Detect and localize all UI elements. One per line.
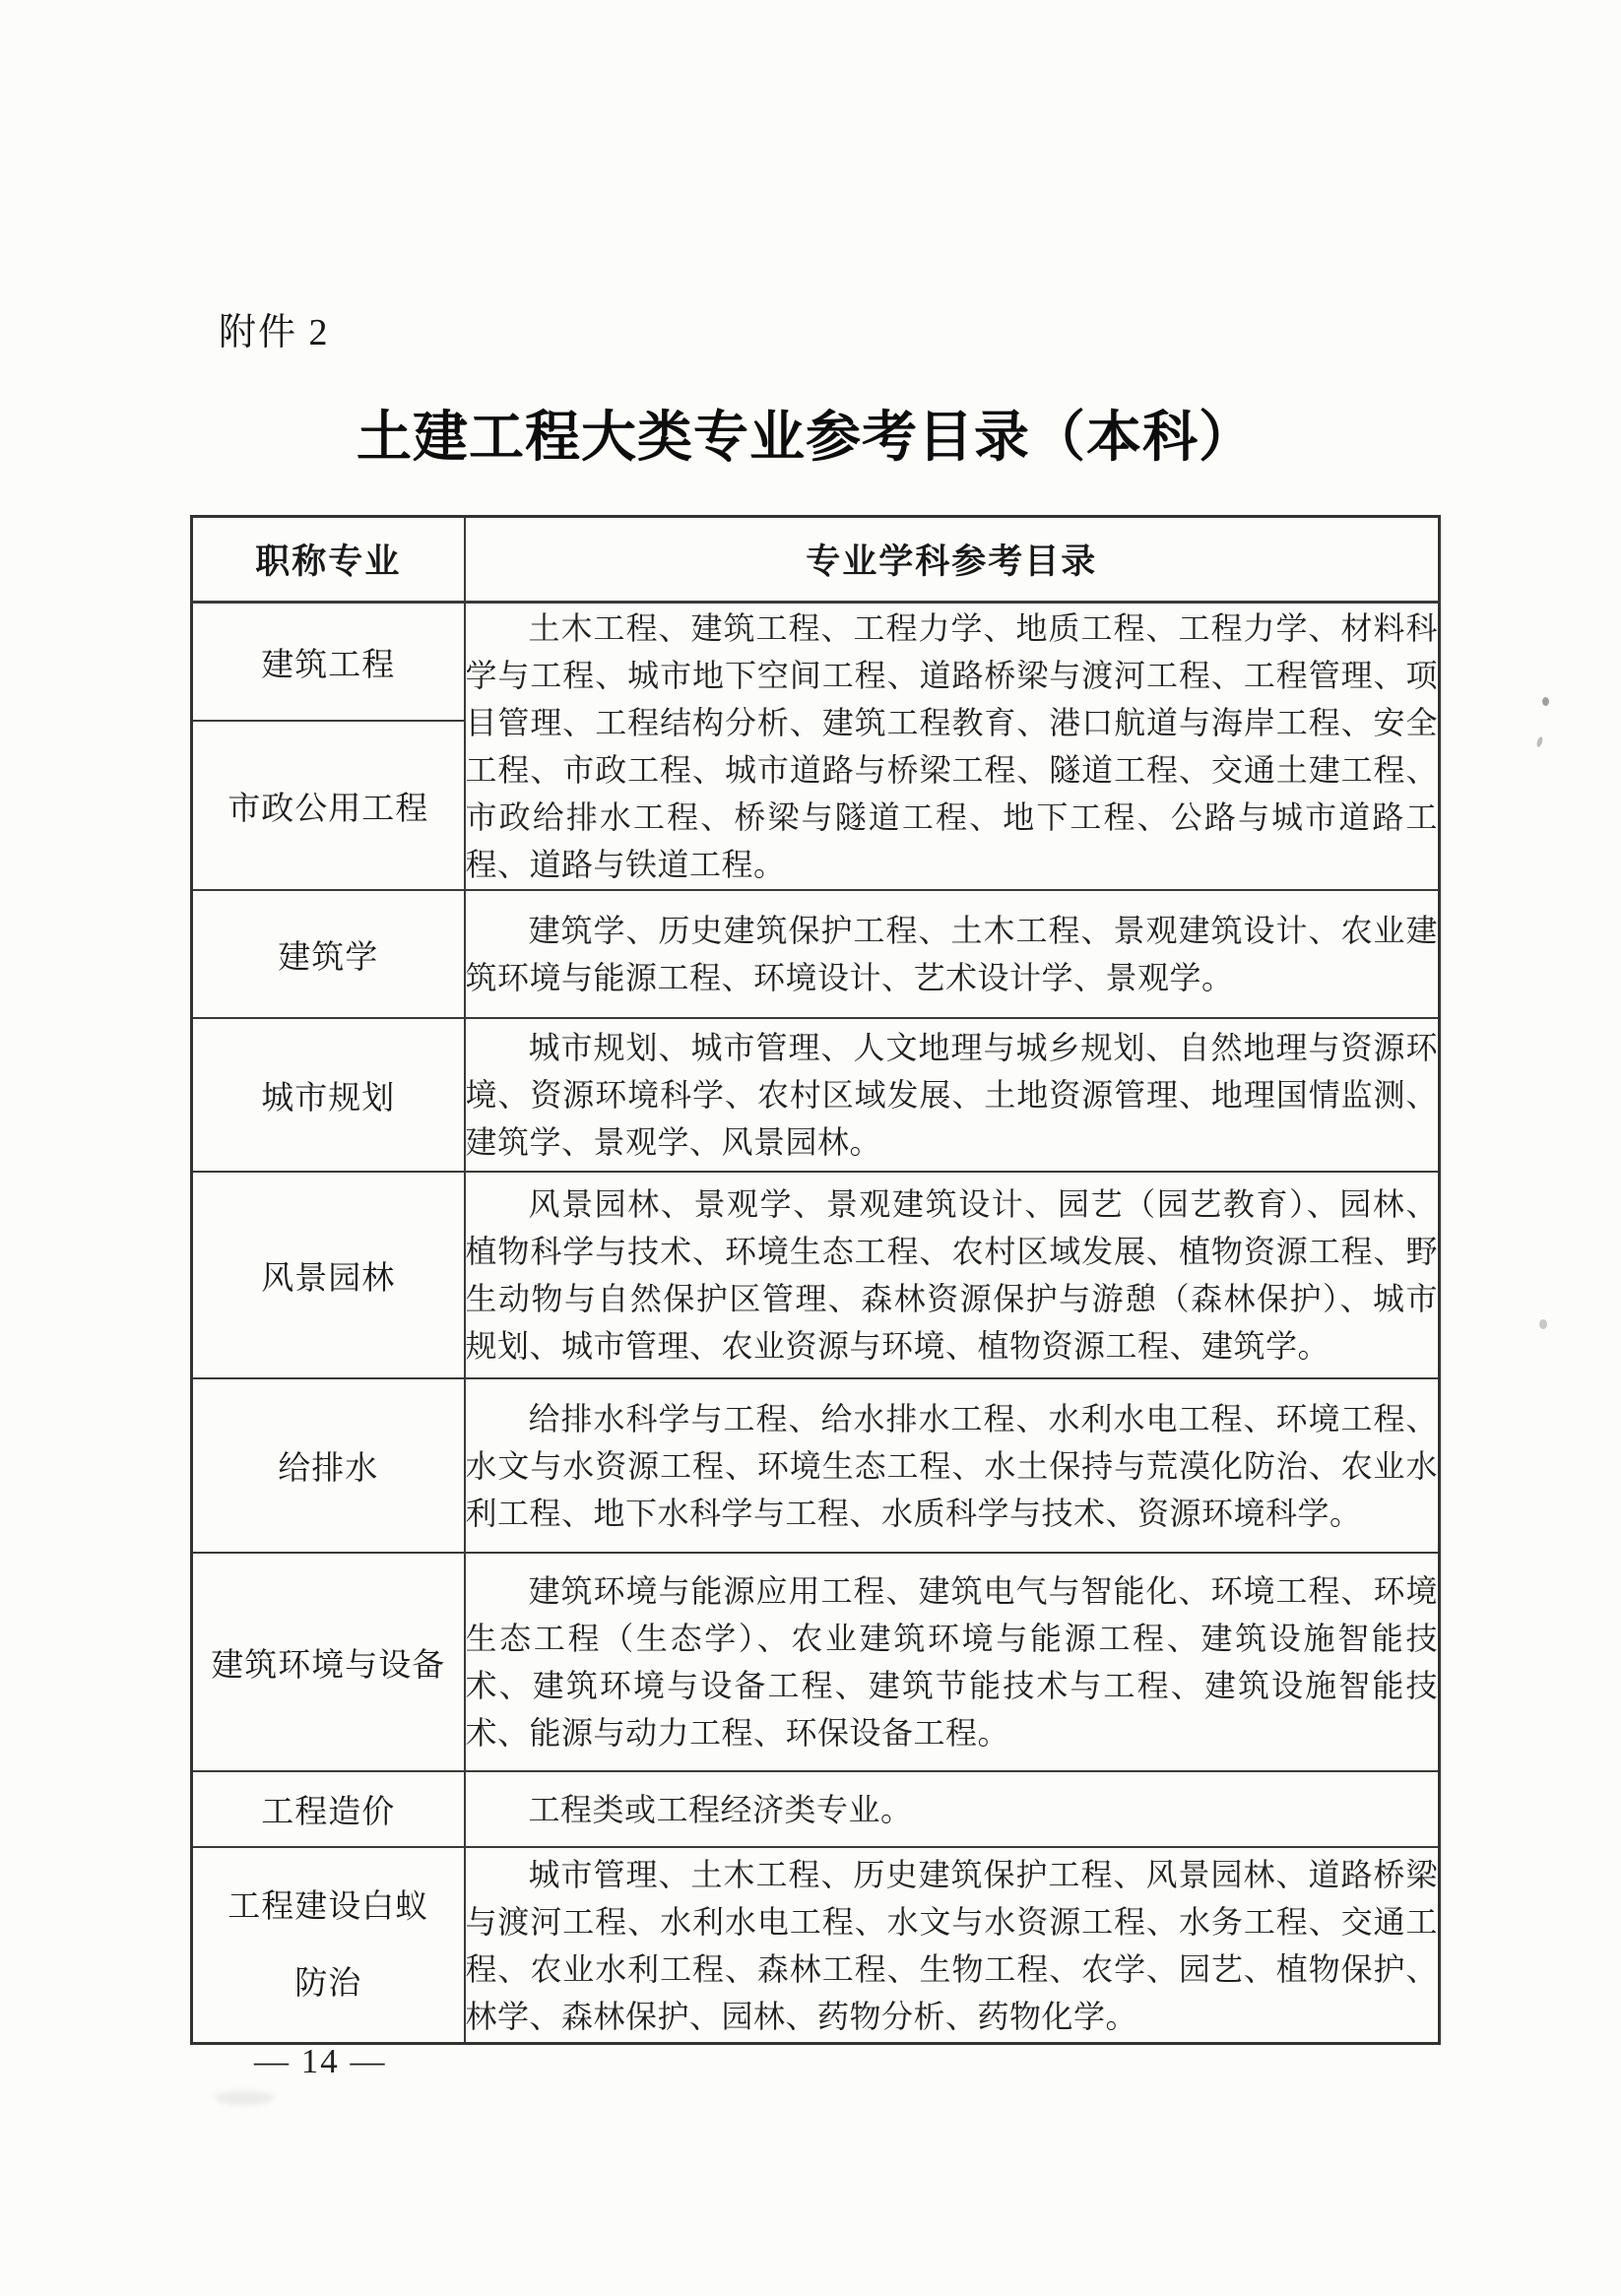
table-row: 建筑环境与设备 建筑环境与能源应用工程、建筑电气与智能化、环境工程、环境生态工程… (192, 1553, 1440, 1771)
profession-cell-building-environment: 建筑环境与设备 (192, 1553, 465, 1771)
table-row: 风景园林 风景园林、景观学、景观建筑设计、园艺（园艺教育）、园林、植物科学与技术… (192, 1172, 1440, 1378)
page-number: — 14 — (254, 2042, 387, 2081)
catalog-text: 建筑环境与能源应用工程、建筑电气与智能化、环境工程、环境生态工程（生态学）、农业… (466, 1567, 1439, 1756)
catalog-table: 职称专业 专业学科参考目录 建筑工程 土木工程、建筑工程、工程力学、地质工程、工… (190, 515, 1441, 2045)
scan-smudge (215, 2091, 274, 2105)
table-row: 建筑工程 土木工程、建筑工程、工程力学、地质工程、工程力学、材料科学与工程、城市… (192, 603, 1440, 722)
column-header-catalog: 专业学科参考目录 (465, 517, 1440, 603)
profession-cell-urban-planning: 城市规划 (192, 1018, 465, 1172)
table-header-row: 职称专业 专业学科参考目录 (192, 517, 1440, 603)
catalog-text: 给排水科学与工程、给水排水工程、水利水电工程、环境工程、水文与水资源工程、环境生… (466, 1395, 1439, 1537)
catalog-text: 城市规划、城市管理、人文地理与城乡规划、自然地理与资源环境、资源环境科学、农村区… (466, 1024, 1439, 1166)
profession-cell-architecture: 建筑学 (192, 890, 465, 1018)
profession-cell-termite-control: 工程建设白蚁 防治 (192, 1847, 465, 2044)
profession-cell-water-supply: 给排水 (192, 1378, 465, 1553)
catalog-cell: 风景园林、景观学、景观建筑设计、园艺（园艺教育）、园林、植物科学与技术、环境生态… (465, 1172, 1440, 1378)
catalog-text: 工程类或工程经济类专业。 (466, 1786, 1439, 1833)
profession-line-2: 防治 (193, 1945, 464, 2022)
table-row: 工程造价 工程类或工程经济类专业。 (192, 1771, 1440, 1847)
attachment-label: 附件 2 (219, 301, 330, 355)
column-header-profession: 职称专业 (192, 517, 465, 603)
scan-speck (1539, 1319, 1547, 1329)
catalog-cell: 给排水科学与工程、给水排水工程、水利水电工程、环境工程、水文与水资源工程、环境生… (465, 1378, 1440, 1553)
profession-cell-construction: 建筑工程 (192, 603, 465, 722)
catalog-text: 建筑学、历史建筑保护工程、土木工程、景观建筑设计、农业建筑环境与能源工程、环境设… (466, 907, 1439, 1001)
catalog-cell: 城市规划、城市管理、人文地理与城乡规划、自然地理与资源环境、资源环境科学、农村区… (465, 1018, 1440, 1172)
table-row: 建筑学 建筑学、历史建筑保护工程、土木工程、景观建筑设计、农业建筑环境与能源工程… (192, 890, 1440, 1018)
page-title: 土建工程大类专业参考目录（本科） (0, 394, 1611, 473)
profession-cell-municipal: 市政公用工程 (192, 721, 465, 890)
catalog-cell: 土木工程、建筑工程、工程力学、地质工程、工程力学、材料科学与工程、城市地下空间工… (465, 603, 1440, 891)
document-page: 附件 2 土建工程大类专业参考目录（本科） 职称专业 专业学科参考目录 建筑工程… (0, 0, 1621, 2296)
profession-cell-landscape: 风景园林 (192, 1172, 465, 1378)
catalog-cell: 城市管理、土木工程、历史建筑保护工程、风景园林、道路桥梁与渡河工程、水利水电工程… (465, 1847, 1440, 2044)
profession-line-1: 工程建设白蚁 (193, 1869, 464, 1945)
profession-cell-cost-engineering: 工程造价 (192, 1771, 465, 1847)
scan-speck (1535, 735, 1543, 747)
catalog-text: 风景园林、景观学、景观建筑设计、园艺（园艺教育）、园林、植物科学与技术、环境生态… (466, 1180, 1439, 1370)
catalog-text: 土木工程、建筑工程、工程力学、地质工程、工程力学、材料科学与工程、城市地下空间工… (466, 605, 1439, 888)
table-row: 工程建设白蚁 防治 城市管理、土木工程、历史建筑保护工程、风景园林、道路桥梁与渡… (192, 1847, 1440, 2044)
catalog-cell: 工程类或工程经济类专业。 (465, 1771, 1440, 1847)
table-row: 给排水 给排水科学与工程、给水排水工程、水利水电工程、环境工程、水文与水资源工程… (192, 1378, 1440, 1553)
scan-speck (1542, 697, 1549, 706)
catalog-text: 城市管理、土木工程、历史建筑保护工程、风景园林、道路桥梁与渡河工程、水利水电工程… (466, 1851, 1439, 2040)
catalog-cell: 建筑学、历史建筑保护工程、土木工程、景观建筑设计、农业建筑环境与能源工程、环境设… (465, 890, 1440, 1018)
catalog-cell: 建筑环境与能源应用工程、建筑电气与智能化、环境工程、环境生态工程（生态学）、农业… (465, 1553, 1440, 1771)
table-row: 城市规划 城市规划、城市管理、人文地理与城乡规划、自然地理与资源环境、资源环境科… (192, 1018, 1440, 1172)
